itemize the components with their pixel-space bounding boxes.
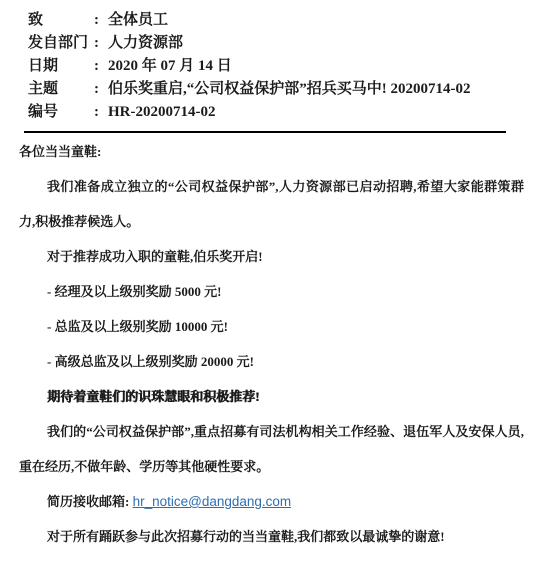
header-label-subject: 主题 bbox=[28, 78, 94, 101]
bullet-senior-director-reward: - 高级总监及以上级别奖励 20000 元! bbox=[19, 344, 524, 379]
memo-body: 各位当当童鞋: 我们准备成立独立的“公司权益保护部”,人力资源部已启动招聘,希望… bbox=[19, 134, 524, 554]
header-label-from-dept: 发自部门 bbox=[28, 32, 94, 55]
header-value-from-dept: 人力资源部 bbox=[108, 32, 553, 55]
header-value-subject: 伯乐奖重启,“公司权益保护部”招兵买马中! 20200714-02 bbox=[108, 78, 553, 101]
header-row-to: 致 : 全体员工 bbox=[28, 9, 553, 32]
bullet-manager-reward: - 经理及以上级别奖励 5000 元! bbox=[19, 274, 524, 309]
para-bole-award: 对于推荐成功入职的童鞋,伯乐奖开启! bbox=[19, 239, 524, 274]
header-label-date: 日期 bbox=[28, 55, 94, 78]
header-value-date: 2020 年 07 月 14 日 bbox=[108, 55, 553, 78]
memo-header: 致 : 全体员工 发自部门 : 人力资源部 日期 : 2020 年 07 月 1… bbox=[0, 0, 553, 124]
email-line: 简历接收邮箱: hr_notice@dangdang.com bbox=[19, 484, 524, 519]
header-colon: : bbox=[94, 32, 108, 55]
para-thanks: 对于所有踊跃参与此次招募行动的当当童鞋,我们都致以最诚挚的谢意! bbox=[19, 519, 524, 554]
header-colon: : bbox=[94, 9, 108, 32]
bullet-director-reward: - 总监及以上级别奖励 10000 元! bbox=[19, 309, 524, 344]
header-row-subject: 主题 : 伯乐奖重启,“公司权益保护部”招兵买马中! 20200714-02 bbox=[28, 78, 553, 101]
header-label-to: 致 bbox=[28, 9, 94, 32]
para-expectation: 期待着童鞋们的识珠慧眼和积极推荐! bbox=[19, 379, 524, 414]
salutation: 各位当当童鞋: bbox=[19, 134, 524, 169]
para-recruit-focus: 我们的“公司权益保护部”,重点招募有司法机构相关工作经验、退伍军人及安保人员,重… bbox=[19, 414, 524, 484]
header-label-number: 编号 bbox=[28, 101, 94, 124]
header-colon: : bbox=[94, 101, 108, 124]
header-row-date: 日期 : 2020 年 07 月 14 日 bbox=[28, 55, 553, 78]
para-intro: 我们准备成立独立的“公司权益保护部”,人力资源部已启动招聘,希望大家能群策群力,… bbox=[19, 169, 524, 239]
header-colon: : bbox=[94, 78, 108, 101]
header-colon: : bbox=[94, 55, 108, 78]
header-divider bbox=[24, 131, 506, 133]
header-row-from-dept: 发自部门 : 人力资源部 bbox=[28, 32, 553, 55]
memo-page: 致 : 全体员工 发自部门 : 人力资源部 日期 : 2020 年 07 月 1… bbox=[0, 0, 553, 565]
header-row-number: 编号 : HR-20200714-02 bbox=[28, 101, 553, 124]
email-link[interactable]: hr_notice@dangdang.com bbox=[133, 494, 292, 509]
header-value-number: HR-20200714-02 bbox=[108, 101, 553, 124]
email-label: 简历接收邮箱: bbox=[47, 494, 129, 509]
header-value-to: 全体员工 bbox=[108, 9, 553, 32]
